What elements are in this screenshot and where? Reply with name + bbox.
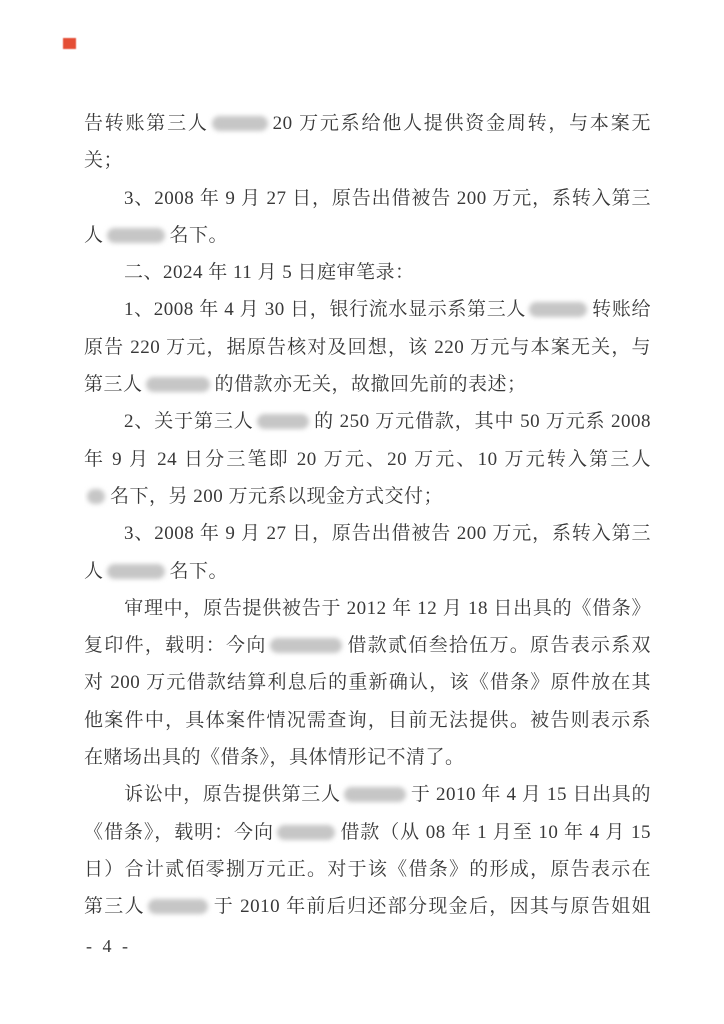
document-line: 3、2008 年 9 月 27 日，原告出借被告 200 万元，系转入第三 <box>84 180 651 217</box>
text-segment: 名下，另 200 万元系以现金方式交付； <box>110 486 443 507</box>
document-line: 在赌场出具的《借条》，具体情形记不清了。 <box>84 739 651 776</box>
document-line: 关； <box>84 142 651 179</box>
text-segment: 告转账第三人 <box>84 113 209 134</box>
paragraph-indent <box>84 799 124 800</box>
document-line: 《借条》，载明：今向借款（从 08 年 1 月至 10 年 4 月 15 <box>84 814 651 851</box>
text-segment: 的借款亦无关，故撤回先前的表述； <box>215 374 527 395</box>
text-segment: 年 9 月 24 日分三笔即 20 万元、20 万元、10 万元转入第三人 <box>84 449 651 470</box>
paragraph-indent <box>84 203 124 204</box>
document-line: 诉讼中，原告提供第三人于 2010 年 4 月 15 日出具的 <box>84 776 651 813</box>
text-segment: 于 2010 年 4 月 15 日出具的 <box>411 784 651 805</box>
text-segment: 第三人 <box>84 374 143 395</box>
text-segment: 的 250 万元借款，其中 50 万元系 2008 <box>314 411 651 432</box>
text-segment: 1、2008 年 4 月 30 日，银行流水显示系第三人 <box>124 299 526 320</box>
document-line: 对 200 万元借款结算利息后的重新确认，该《借条》原件放在其 <box>84 664 651 701</box>
page-number: - 4 - <box>86 936 131 957</box>
document-line: 2、关于第三人的 250 万元借款，其中 50 万元系 2008 <box>84 403 651 440</box>
text-segment: 对 200 万元借款结算利息后的重新确认，该《借条》原件放在其 <box>84 672 651 693</box>
paragraph-indent <box>84 314 124 315</box>
redacted-name <box>146 377 210 392</box>
document-line: 日）合计贰佰零捌万元正。对于该《借条》的形成，原告表示在 <box>84 851 651 888</box>
text-segment: 关； <box>84 150 123 171</box>
text-segment: 日）合计贰佰零捌万元正。对于该《借条》的形成，原告表示在 <box>84 859 651 880</box>
paragraph-indent <box>84 613 124 614</box>
text-segment: 第三人 <box>84 896 145 917</box>
document-line: 人名下。 <box>84 217 651 254</box>
text-segment: 《借条》，载明：今向 <box>84 822 274 843</box>
text-segment: 审理中，原告提供被告于 2012 年 12 月 18 日出具的《借条》 <box>124 598 651 619</box>
text-segment: 人 <box>84 225 104 246</box>
document-line: 第三人的借款亦无关，故撤回先前的表述； <box>84 366 651 403</box>
text-segment: 3、2008 年 9 月 27 日，原告出借被告 200 万元，系转入第三 <box>124 188 651 209</box>
document-line: 二、2024 年 11 月 5 日庭审笔录： <box>84 254 651 291</box>
redacted-name <box>107 228 165 243</box>
document-line: 名下，另 200 万元系以现金方式交付； <box>84 478 651 515</box>
document-line: 原告 220 万元，据原告核对及回想，该 220 万元与本案无关，与 <box>84 329 651 366</box>
document-line: 他案件中，具体案件情况需查询，目前无法提供。被告则表示系 <box>84 702 651 739</box>
redacted-name <box>529 302 587 317</box>
redacted-name <box>107 564 165 579</box>
text-segment: 他案件中，具体案件情况需查询，目前无法提供。被告则表示系 <box>84 710 651 731</box>
redacted-name <box>277 825 335 840</box>
text-segment: 转账给 <box>592 299 651 320</box>
document-line: 复印件，载明：今向借款贰佰叁拾伍万。原告表示系双方 <box>84 627 651 664</box>
text-segment: 诉讼中，原告提供第三人 <box>124 784 341 805</box>
document-line: 3、2008 年 9 月 27 日，原告出借被告 200 万元，系转入第三 <box>84 515 651 552</box>
text-segment: 原告 220 万元，据原告核对及回想，该 220 万元与本案无关，与 <box>84 337 651 358</box>
document-line: 审理中，原告提供被告于 2012 年 12 月 18 日出具的《借条》 <box>84 590 651 627</box>
paragraph-indent <box>84 538 124 539</box>
red-seal-mark <box>63 38 76 49</box>
document-line: 第三人于 2010 年前后归还部分现金后，因其与原告姐姐的 <box>84 888 651 925</box>
paragraph-indent <box>84 426 124 427</box>
paragraph-indent <box>84 277 124 278</box>
document-line: 告转账第三人20 万元系给他人提供资金周转，与本案无 <box>84 105 651 142</box>
text-segment: 复印件，载明：今向 <box>84 635 267 656</box>
document-line: 1、2008 年 4 月 30 日，银行流水显示系第三人转账给 <box>84 291 651 328</box>
text-segment: 名下。 <box>170 561 229 582</box>
text-segment: 20 万元系给他人提供资金周转，与本案无 <box>273 113 651 134</box>
text-segment: 人 <box>84 561 104 582</box>
redacted-name <box>344 787 406 802</box>
document-body: 告转账第三人20 万元系给他人提供资金周转，与本案无关；3、2008 年 9 月… <box>84 105 651 926</box>
redacted-name <box>257 414 309 429</box>
document-line: 年 9 月 24 日分三笔即 20 万元、20 万元、10 万元转入第三人 <box>84 441 651 478</box>
text-segment: 二、2024 年 11 月 5 日庭审笔录： <box>124 262 415 283</box>
text-segment: 3、2008 年 9 月 27 日，原告出借被告 200 万元，系转入第三 <box>124 523 651 544</box>
redacted-name <box>148 899 208 914</box>
text-segment: 在赌场出具的《借条》，具体情形记不清了。 <box>84 747 465 768</box>
text-segment: 名下。 <box>170 225 229 246</box>
text-segment: 借款（从 08 年 1 月至 10 年 4 月 15 <box>340 822 651 843</box>
document-page: 告转账第三人20 万元系给他人提供资金周转，与本案无关；3、2008 年 9 月… <box>0 0 724 1024</box>
document-line: 人名下。 <box>84 553 651 590</box>
redacted-name <box>212 116 268 131</box>
redacted-name <box>270 638 342 653</box>
redacted-name <box>87 489 105 504</box>
text-segment: 2、关于第三人 <box>124 411 254 432</box>
